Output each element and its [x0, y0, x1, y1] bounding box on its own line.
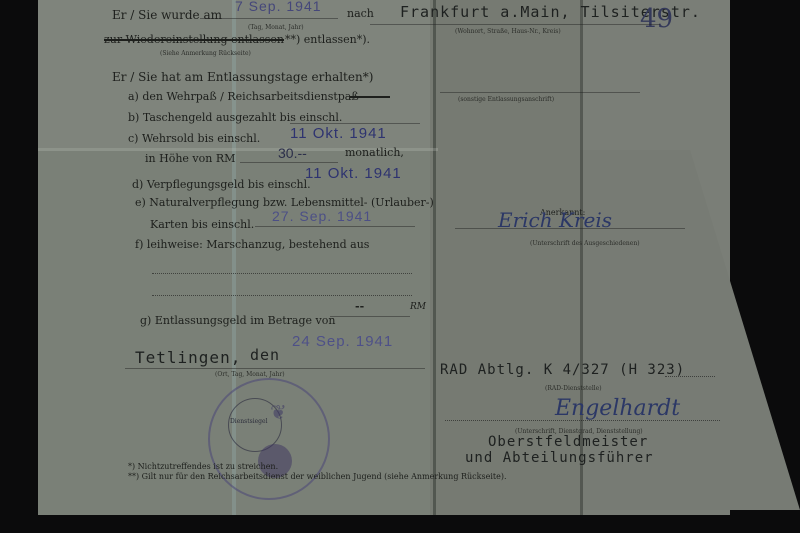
- unit-name: RAD Abtlg. K 4/327 (H 323): [440, 362, 685, 378]
- er-sie-wurde-am: Er / Sie wurde am: [112, 8, 222, 22]
- den-label: den: [250, 346, 280, 364]
- item-c-monthly: monatlich,: [345, 146, 404, 159]
- item-d-date-stamp: 11 Okt. 1941: [305, 165, 402, 182]
- item-c-amount-label: in Höhe von RM: [145, 152, 235, 165]
- signature-line: [445, 420, 720, 421]
- item-c-amount-value: 30.--: [278, 145, 307, 161]
- item-g-currency: RM: [410, 302, 426, 312]
- item-e-cards-label: Karten bis einschl.: [150, 218, 254, 231]
- date-caption: (Tag, Monat, Jahr): [248, 24, 304, 31]
- item-c-label: c) Wehrsold bis einschl.: [128, 132, 260, 145]
- rank-line-2: und Abteilungsführer: [465, 450, 654, 466]
- address-caption: (Wohnort, Straße, Haus-Nr., Kreis): [455, 28, 561, 35]
- field-line: [152, 273, 412, 274]
- item-f-label: f) leihweise: Marschanzug, bestehend aus: [135, 238, 369, 251]
- acknowledgement-caption: (Unterschrift des Ausgeschiedenen): [530, 240, 640, 247]
- field-line: [255, 226, 415, 227]
- item-e-date-stamp: 27. Sep. 1941: [272, 208, 372, 224]
- field-line: [152, 295, 412, 296]
- unit-caption: (RAD-Dienststelle): [545, 385, 602, 392]
- house-number: 49: [640, 4, 673, 34]
- table-surface: [38, 515, 738, 533]
- item-g-value: --: [355, 300, 364, 313]
- signature-line: [455, 228, 685, 229]
- official-seal-stamp: Dienstsiegel ❦: [208, 378, 330, 500]
- release-date-stamp: 7 Sep. 1941: [235, 0, 322, 14]
- other-address-caption: (sonstige Entlassungsanschrift): [458, 96, 554, 103]
- commander-signature: Engelhardt: [555, 396, 680, 421]
- struck-text: zur Wiedereinstellung entlassen: [104, 33, 284, 46]
- place-date-caption: (Ort, Tag, Monat, Jahr): [215, 371, 285, 378]
- footnote-1: *) Nichtzutreffendes ist zu streichen.: [128, 462, 278, 471]
- footnote-2: **) Gilt nur für den Reichsarbeitsdienst…: [128, 472, 507, 481]
- struck-caption: (Siehe Anmerkung Rückseite): [160, 50, 251, 57]
- rank-line-1: Oberstfeldmeister: [488, 434, 648, 450]
- seal-label: Dienstsiegel: [230, 418, 268, 425]
- field-line: [200, 18, 338, 19]
- item-d-label: d) Verpflegungsgeld bis einschl.: [132, 178, 311, 191]
- item-a-dash: [350, 96, 390, 98]
- nach-label: nach: [347, 7, 374, 20]
- place-name: Tetlingen,: [135, 348, 241, 367]
- field-line: [125, 368, 425, 369]
- field-line: [440, 92, 640, 93]
- issue-date-stamp: 24 Sep. 1941: [292, 333, 393, 350]
- field-line: [665, 376, 715, 377]
- eagle-icon: ❦: [270, 400, 287, 424]
- field-line: [330, 316, 410, 317]
- item-c-date-stamp: 11 Okt. 1941: [290, 125, 387, 142]
- fold-crease-vertical: [433, 0, 436, 533]
- item-a-label: a) den Wehrpaß / Reichsarbeitsdienstpaß: [128, 90, 359, 103]
- received-intro: Er / Sie hat am Entlassungstage erhalten…: [112, 70, 373, 84]
- item-g-label: g) Entlassungsgeld im Betrage von: [140, 314, 335, 327]
- field-line: [240, 162, 338, 163]
- entlassen-label: **) entlassen*).: [285, 33, 370, 46]
- field-line: [370, 24, 660, 25]
- field-line: [290, 123, 420, 124]
